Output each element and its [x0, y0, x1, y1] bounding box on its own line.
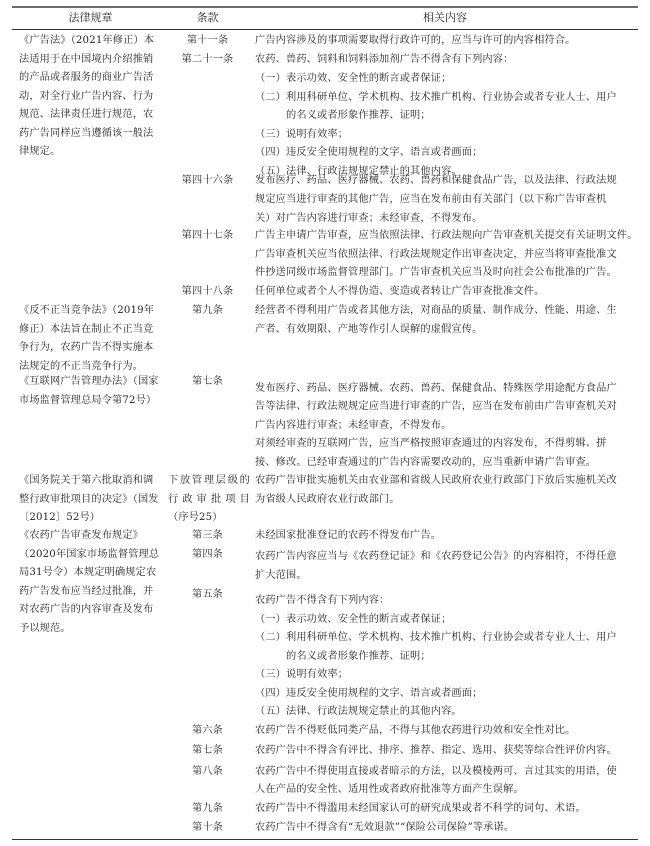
law-cell: 《广告法》（2021年修正）本法适用于在中国境内介绍推销的产品或者服务的商业广告… [19, 32, 162, 162]
article-cell: 第二十一条 [170, 51, 245, 70]
article-cell: 第八条 [170, 763, 245, 782]
content-line: 关）对广告内容进行审查；未经审查，不得发布。 [255, 210, 482, 229]
table-top-rule [12, 6, 638, 8]
article-cell: 第九条 [170, 302, 245, 321]
content-line: 农药广告不得含有下列内容： [255, 592, 389, 611]
content-line: 农药广告内容应当与《农药登记证》和《农药登记公告》的内容相符，不得任意 [255, 548, 617, 567]
header-content: 相关内容 [255, 11, 635, 25]
content-line: 告等法律、行政法规规定应当进行审查的广告，应当在发布前由广告审查机关对 [255, 398, 617, 417]
article-cell: 第五条 [170, 586, 245, 605]
content-line: 未经国家批准登记的农药不得发布广告。 [255, 527, 441, 546]
content-line: 农药广告不得贬低同类产品，不得与其他农药进行功效和安全性对比。 [255, 722, 575, 741]
article-cell: 第九条 [170, 800, 245, 819]
content-line: 经营者不得利用广告或者其他方法，对商品的质量、制作成分、性能、用途、生 [255, 302, 617, 321]
content-line: 农药广告中不得使用直接或者暗示的方法，以及模棱两可、言过其实的用语，使 [255, 763, 617, 782]
content-line: 发布医疗、药品、医疗器械、农药、兽药和保健食品广告，以及法律、行政法规 [255, 172, 617, 191]
law-cell: 《国务院关于第六批取消和调整行政审批项目的决定》（国发〔2012〕52号） [19, 472, 162, 528]
content-line: 为省级人民政府农业行政部门。 [255, 491, 400, 510]
law-cell: 《互联网广告管理办法》（国家市场监督管理总局令第72号） [19, 373, 162, 410]
table-header-rule [12, 29, 638, 30]
content-line: 件抄送同级市场监督管理部门。广告审查机关应当及时向社会公布批准的广告。 [255, 264, 617, 283]
content-line: 农药广告审批实施机关由农业部和省级人民政府农业行政部门下放后实施机关改 [255, 472, 617, 491]
content-line: 农药广告中不得滥用未经国家认可的研究成果或者不科学的词句、术语。 [255, 800, 586, 819]
header-law: 法律规章 [19, 11, 162, 25]
content-line: 扩大范围。 [255, 567, 307, 586]
content-line: 农药广告中不得含有“无效退款”“保险公司保险”等承诺。 [255, 819, 514, 838]
article-cell: 第四条 [170, 546, 245, 565]
table-bottom-rule [12, 839, 638, 840]
article-cell: 第四十八条 [170, 283, 245, 302]
content-line: （一）表示功效、安全性的断言或者保证； [255, 70, 451, 89]
article-cell: 第十条 [170, 819, 245, 838]
content-line: （四）违反安全使用规程的文字、语言或者画面； [255, 144, 482, 163]
content-line: （四）违反安全使用规程的文字、语言或者画面； [255, 685, 482, 704]
article-cell: 第三条 [170, 527, 245, 546]
content-line: 广告内容涉及的事项需要取得行政许可的，应当与许可的内容相符合。 [255, 32, 575, 51]
article-cell: 第十一条 [170, 32, 245, 51]
content-line: （三）说明有效率； [255, 666, 348, 685]
content-line: 产者、有效期限、产地等作引人误解的虚假宣传。 [255, 321, 482, 340]
content-line: 农药广告中不得含有评比、排序、推荐、指定、选用、获奖等综合性评价内容。 [255, 742, 617, 761]
content-line: 任何单位或者个人不得伪造、变造或者转让广告审查批准文件。 [255, 283, 544, 302]
content-line: 规定应当进行审查的其他广告，应当在发布前由有关部门（以下称广告审查机 [255, 191, 606, 210]
article-cell: 第四十六条 [170, 172, 245, 191]
header-article: 条款 [170, 11, 245, 25]
law-cell: 《反不正当竞争法》（2019年修正）本法旨在制止不正当竞争行为，农药广告不得实施… [19, 302, 162, 376]
content-line: （五）法律、行政法规规定禁止的其他内容。 [255, 703, 462, 722]
content-line: 广告内容进行审查；未经审查，不得发布。 [255, 417, 451, 436]
content-line: 对须经审查的互联网广告，应当严格按照审查通过的内容发布，不得剪辑、拼 [255, 435, 606, 454]
article-cell: 第七条 [170, 742, 245, 761]
content-line: 的名义或者形象作推荐、证明； [286, 107, 431, 126]
content-line: （一）表示功效、安全性的断言或者保证； [255, 611, 451, 630]
article-cell: 第七条 [170, 373, 245, 392]
content-line: （二）利用科研单位、学术机构、技术推广机构、行业协会或者专业人士、用户 [255, 629, 617, 648]
article-cell: 第六条 [170, 722, 245, 741]
content-line: （二）利用科研单位、学术机构、技术推广机构、行业协会或者专业人士、用户 [255, 89, 617, 108]
content-line: 发布医疗、药品、医疗器械、农药、兽药、保健食品、特殊医学用途配方食品广 [255, 380, 617, 399]
content-line: （三）说明有效率； [255, 126, 348, 145]
article-cell: 第四十七条 [170, 227, 245, 246]
law-cell: 《农药广告审查发布规定》（2020年国家市场监督管理总局31号令）本规定明确规定… [19, 527, 162, 638]
article-cell: 下放管理层级的行政审批项目（序号25） [168, 472, 250, 528]
content-line: 人在产品的安全性、适用性或者政府批准等方面产生误解。 [255, 781, 524, 800]
content-line: 广告主申请广告审查，应当依照法律、行政法规向广告审查机关提交有关证明文件。 [255, 227, 637, 246]
content-line: 的名义或者形象作推荐、证明； [286, 648, 431, 667]
content-line: 农药、兽药、饲料和饲料添加剂广告不得含有下列内容： [255, 51, 513, 70]
content-line: 广告审查机关应当依照法律、行政法规规定作出审查决定，并应当将审查批准文 [255, 246, 617, 265]
content-line: 接、修改。已经审查通过的广告内容需要改动的，应当重新申请广告审查。 [255, 454, 596, 473]
